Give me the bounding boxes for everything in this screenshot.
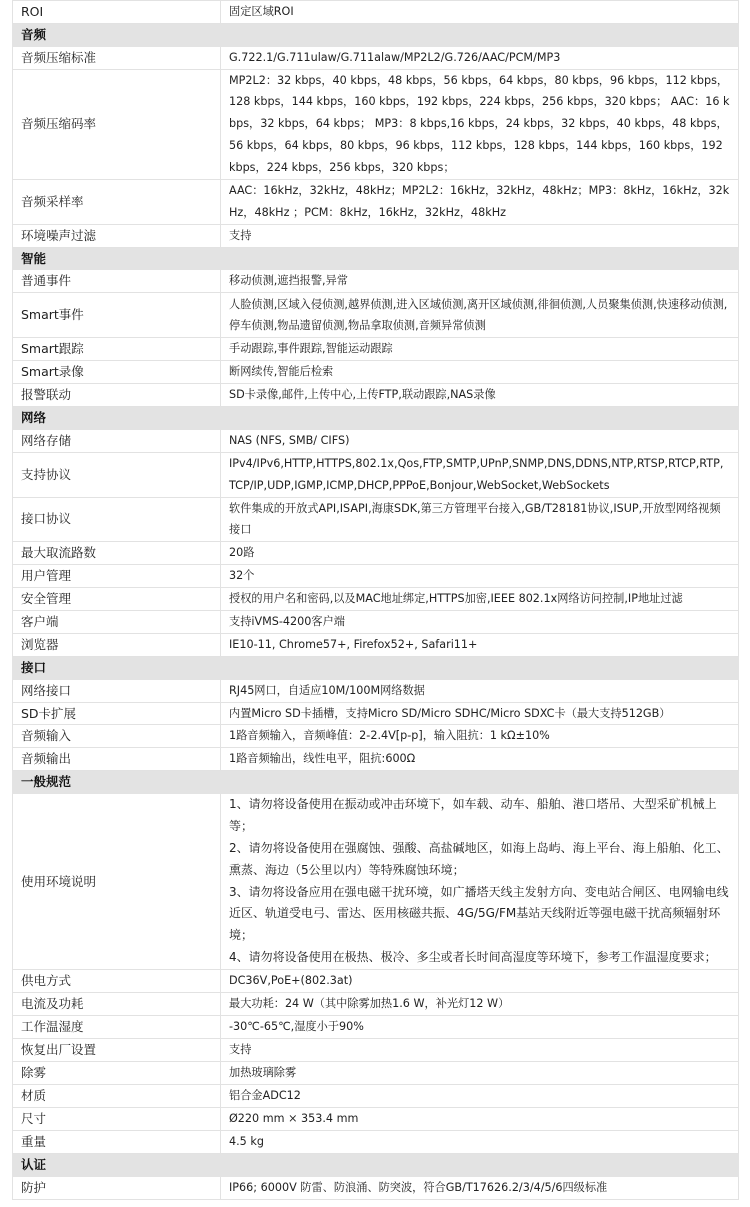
spec-row: 环境噪声过滤支持 xyxy=(13,224,739,247)
spec-value: 支持iVMS-4200客户端 xyxy=(221,610,739,633)
spec-value: 软件集成的开放式API,ISAPI,海康SDK,第三方管理平台接入,GB/T28… xyxy=(221,497,739,542)
spec-label: 材质 xyxy=(13,1084,221,1107)
spec-label: 重量 xyxy=(13,1130,221,1153)
spec-value: 支持 xyxy=(221,1038,739,1061)
spec-paragraph: 2、请勿将设备使用在强腐蚀、强酸、高盐碱地区，如海上岛屿、海上平台、海上船舶、化… xyxy=(229,838,730,882)
spec-value: Ø220 mm × 353.4 mm xyxy=(221,1107,739,1130)
section-header: 一般规范 xyxy=(13,771,739,794)
spec-row: 恢复出厂设置支持 xyxy=(13,1038,739,1061)
spec-label: 网络接口 xyxy=(13,679,221,702)
spec-row: 尺寸Ø220 mm × 353.4 mm xyxy=(13,1107,739,1130)
spec-row: Smart事件人脸侦测,区域入侵侦测,越界侦测,进入区域侦测,离开区域侦测,徘徊… xyxy=(13,293,739,338)
spec-value: 固定区域ROI xyxy=(221,1,739,24)
spec-label: 用户管理 xyxy=(13,565,221,588)
spec-value: 加热玻璃除雾 xyxy=(221,1061,739,1084)
spec-label: ROI xyxy=(13,1,221,24)
spec-row: 客户端支持iVMS-4200客户端 xyxy=(13,610,739,633)
spec-value: AAC：16kHz，32kHz，48kHz；MP2L2：16kHz，32kHz，… xyxy=(221,179,739,224)
spec-label: 电流及功耗 xyxy=(13,993,221,1016)
spec-value: 移动侦测,遮挡报警,异常 xyxy=(221,270,739,293)
spec-row: Smart录像断网续传,智能后检索 xyxy=(13,361,739,384)
spec-label: SD卡扩展 xyxy=(13,702,221,725)
spec-value: G.722.1/G.711ulaw/G.711alaw/MP2L2/G.726/… xyxy=(221,46,739,69)
spec-row: 防护IP66; 6000V 防雷、防浪涌、防突波，符合GB/T17626.2/3… xyxy=(13,1176,739,1199)
spec-row: 普通事件移动侦测,遮挡报警,异常 xyxy=(13,270,739,293)
spec-label: 除雾 xyxy=(13,1061,221,1084)
spec-label: 客户端 xyxy=(13,610,221,633)
spec-value: 手动跟踪,事件跟踪,智能运动跟踪 xyxy=(221,338,739,361)
spec-row: Smart跟踪手动跟踪,事件跟踪,智能运动跟踪 xyxy=(13,338,739,361)
spec-label: Smart事件 xyxy=(13,293,221,338)
section-title: 认证 xyxy=(13,1153,739,1176)
spec-row: 音频压缩标准G.722.1/G.711ulaw/G.711alaw/MP2L2/… xyxy=(13,46,739,69)
spec-label: 恢复出厂设置 xyxy=(13,1038,221,1061)
spec-row: 音频压缩码率MP2L2：32 kbps，40 kbps，48 kbps，56 k… xyxy=(13,69,739,179)
spec-row: 材质铝合金ADC12 xyxy=(13,1084,739,1107)
spec-row: 支持协议IPv4/IPv6,HTTP,HTTPS,802.1x,Qos,FTP,… xyxy=(13,452,739,497)
spec-value: 人脸侦测,区域入侵侦测,越界侦测,进入区域侦测,离开区域侦测,徘徊侦测,人员聚集… xyxy=(221,293,739,338)
spec-label: 报警联动 xyxy=(13,384,221,407)
spec-value: NAS (NFS, SMB/ CIFS) xyxy=(221,429,739,452)
spec-value: 授权的用户名和密码,以及MAC地址绑定,HTTPS加密,IEEE 802.1x网… xyxy=(221,587,739,610)
spec-value: 支持 xyxy=(221,224,739,247)
spec-row: 网络接口RJ45网口，自适应10M/100M网络数据 xyxy=(13,679,739,702)
spec-row: 最大取流路数20路 xyxy=(13,542,739,565)
section-header: 智能 xyxy=(13,247,739,270)
spec-value: 1路音频输出，线性电平，阻抗:600Ω xyxy=(221,748,739,771)
section-header: 接口 xyxy=(13,656,739,679)
spec-paragraph: 4、请勿将设备使用在极热、极冷、多尘或者长时间高湿度等环境下，参考工作温湿度要求… xyxy=(229,947,730,969)
spec-value: MP2L2：32 kbps，40 kbps，48 kbps，56 kbps，64… xyxy=(221,69,739,179)
spec-row: 安全管理授权的用户名和密码,以及MAC地址绑定,HTTPS加密,IEEE 802… xyxy=(13,587,739,610)
section-title: 网络 xyxy=(13,407,739,430)
spec-row: 接口协议软件集成的开放式API,ISAPI,海康SDK,第三方管理平台接入,GB… xyxy=(13,497,739,542)
spec-label: 工作温湿度 xyxy=(13,1016,221,1039)
spec-label: 网络存储 xyxy=(13,429,221,452)
spec-row: 用户管理32个 xyxy=(13,565,739,588)
spec-value: 铝合金ADC12 xyxy=(221,1084,739,1107)
spec-label: Smart录像 xyxy=(13,361,221,384)
spec-label: 安全管理 xyxy=(13,587,221,610)
spec-table-body: ROI固定区域ROI音频音频压缩标准G.722.1/G.711ulaw/G.71… xyxy=(13,1,739,1200)
spec-row: 浏览器IE10-11, Chrome57+, Firefox52+, Safar… xyxy=(13,633,739,656)
spec-value: RJ45网口，自适应10M/100M网络数据 xyxy=(221,679,739,702)
spec-label: 音频压缩标准 xyxy=(13,46,221,69)
spec-value: DC36V,PoE+(802.3at) xyxy=(221,970,739,993)
spec-row: 工作温湿度-30℃-65℃,湿度小于90% xyxy=(13,1016,739,1039)
spec-label: 音频输入 xyxy=(13,725,221,748)
spec-value: SD卡录像,邮件,上传中心,上传FTP,联动跟踪,NAS录像 xyxy=(221,384,739,407)
spec-paragraph: 1、请勿将设备使用在振动或冲击环境下，如车载、动车、船舶、港口塔吊、大型采矿机械… xyxy=(229,794,730,838)
spec-value: IE10-11, Chrome57+, Firefox52+, Safari11… xyxy=(221,633,739,656)
spec-value: 20路 xyxy=(221,542,739,565)
section-title: 一般规范 xyxy=(13,771,739,794)
spec-row: 音频输出1路音频输出，线性电平，阻抗:600Ω xyxy=(13,748,739,771)
spec-label: 防护 xyxy=(13,1176,221,1199)
spec-label: 支持协议 xyxy=(13,452,221,497)
spec-value: 1路音频输入，音频峰值：2-2.4V[p-p]，输入阻抗：1 kΩ±10% xyxy=(221,725,739,748)
spec-value: 最大功耗：24 W（其中除雾加热1.6 W，补光灯12 W） xyxy=(221,993,739,1016)
spec-row: 网络存储NAS (NFS, SMB/ CIFS) xyxy=(13,429,739,452)
spec-table: ROI固定区域ROI音频音频压缩标准G.722.1/G.711ulaw/G.71… xyxy=(12,0,739,1200)
section-title: 音频 xyxy=(13,23,739,46)
spec-value: IPv4/IPv6,HTTP,HTTPS,802.1x,Qos,FTP,SMTP… xyxy=(221,452,739,497)
spec-label: 音频采样率 xyxy=(13,179,221,224)
spec-label: 最大取流路数 xyxy=(13,542,221,565)
spec-label: 尺寸 xyxy=(13,1107,221,1130)
spec-row: 电流及功耗最大功耗：24 W（其中除雾加热1.6 W，补光灯12 W） xyxy=(13,993,739,1016)
spec-row: 报警联动SD卡录像,邮件,上传中心,上传FTP,联动跟踪,NAS录像 xyxy=(13,384,739,407)
spec-row: 音频采样率AAC：16kHz，32kHz，48kHz；MP2L2：16kHz，3… xyxy=(13,179,739,224)
spec-value: 4.5 kg xyxy=(221,1130,739,1153)
spec-label: Smart跟踪 xyxy=(13,338,221,361)
section-title: 智能 xyxy=(13,247,739,270)
spec-label: 音频压缩码率 xyxy=(13,69,221,179)
spec-row: ROI固定区域ROI xyxy=(13,1,739,24)
spec-label: 音频输出 xyxy=(13,748,221,771)
spec-row: 除雾加热玻璃除雾 xyxy=(13,1061,739,1084)
spec-row: SD卡扩展内置Micro SD卡插槽，支持Micro SD/Micro SDHC… xyxy=(13,702,739,725)
spec-row: 使用环境说明1、请勿将设备使用在振动或冲击环境下，如车载、动车、船舶、港口塔吊、… xyxy=(13,794,739,970)
section-header: 音频 xyxy=(13,23,739,46)
spec-value: IP66; 6000V 防雷、防浪涌、防突波，符合GB/T17626.2/3/4… xyxy=(221,1176,739,1199)
spec-row: 供电方式DC36V,PoE+(802.3at) xyxy=(13,970,739,993)
spec-row: 重量4.5 kg xyxy=(13,1130,739,1153)
spec-value: 32个 xyxy=(221,565,739,588)
spec-label: 供电方式 xyxy=(13,970,221,993)
spec-row: 音频输入1路音频输入，音频峰值：2-2.4V[p-p]，输入阻抗：1 kΩ±10… xyxy=(13,725,739,748)
spec-value: -30℃-65℃,湿度小于90% xyxy=(221,1016,739,1039)
spec-label: 浏览器 xyxy=(13,633,221,656)
spec-label: 使用环境说明 xyxy=(13,794,221,970)
spec-value: 内置Micro SD卡插槽，支持Micro SD/Micro SDHC/Micr… xyxy=(221,702,739,725)
spec-label: 普通事件 xyxy=(13,270,221,293)
section-title: 接口 xyxy=(13,656,739,679)
spec-label: 接口协议 xyxy=(13,497,221,542)
section-header: 网络 xyxy=(13,407,739,430)
spec-value: 断网续传,智能后检索 xyxy=(221,361,739,384)
spec-value: 1、请勿将设备使用在振动或冲击环境下，如车载、动车、船舶、港口塔吊、大型采矿机械… xyxy=(221,794,739,970)
spec-label: 环境噪声过滤 xyxy=(13,224,221,247)
section-header: 认证 xyxy=(13,1153,739,1176)
spec-paragraph: 3、请勿将设备应用在强电磁干扰环境，如广播塔天线主发射方向、变电站合闸区、电网输… xyxy=(229,882,730,947)
